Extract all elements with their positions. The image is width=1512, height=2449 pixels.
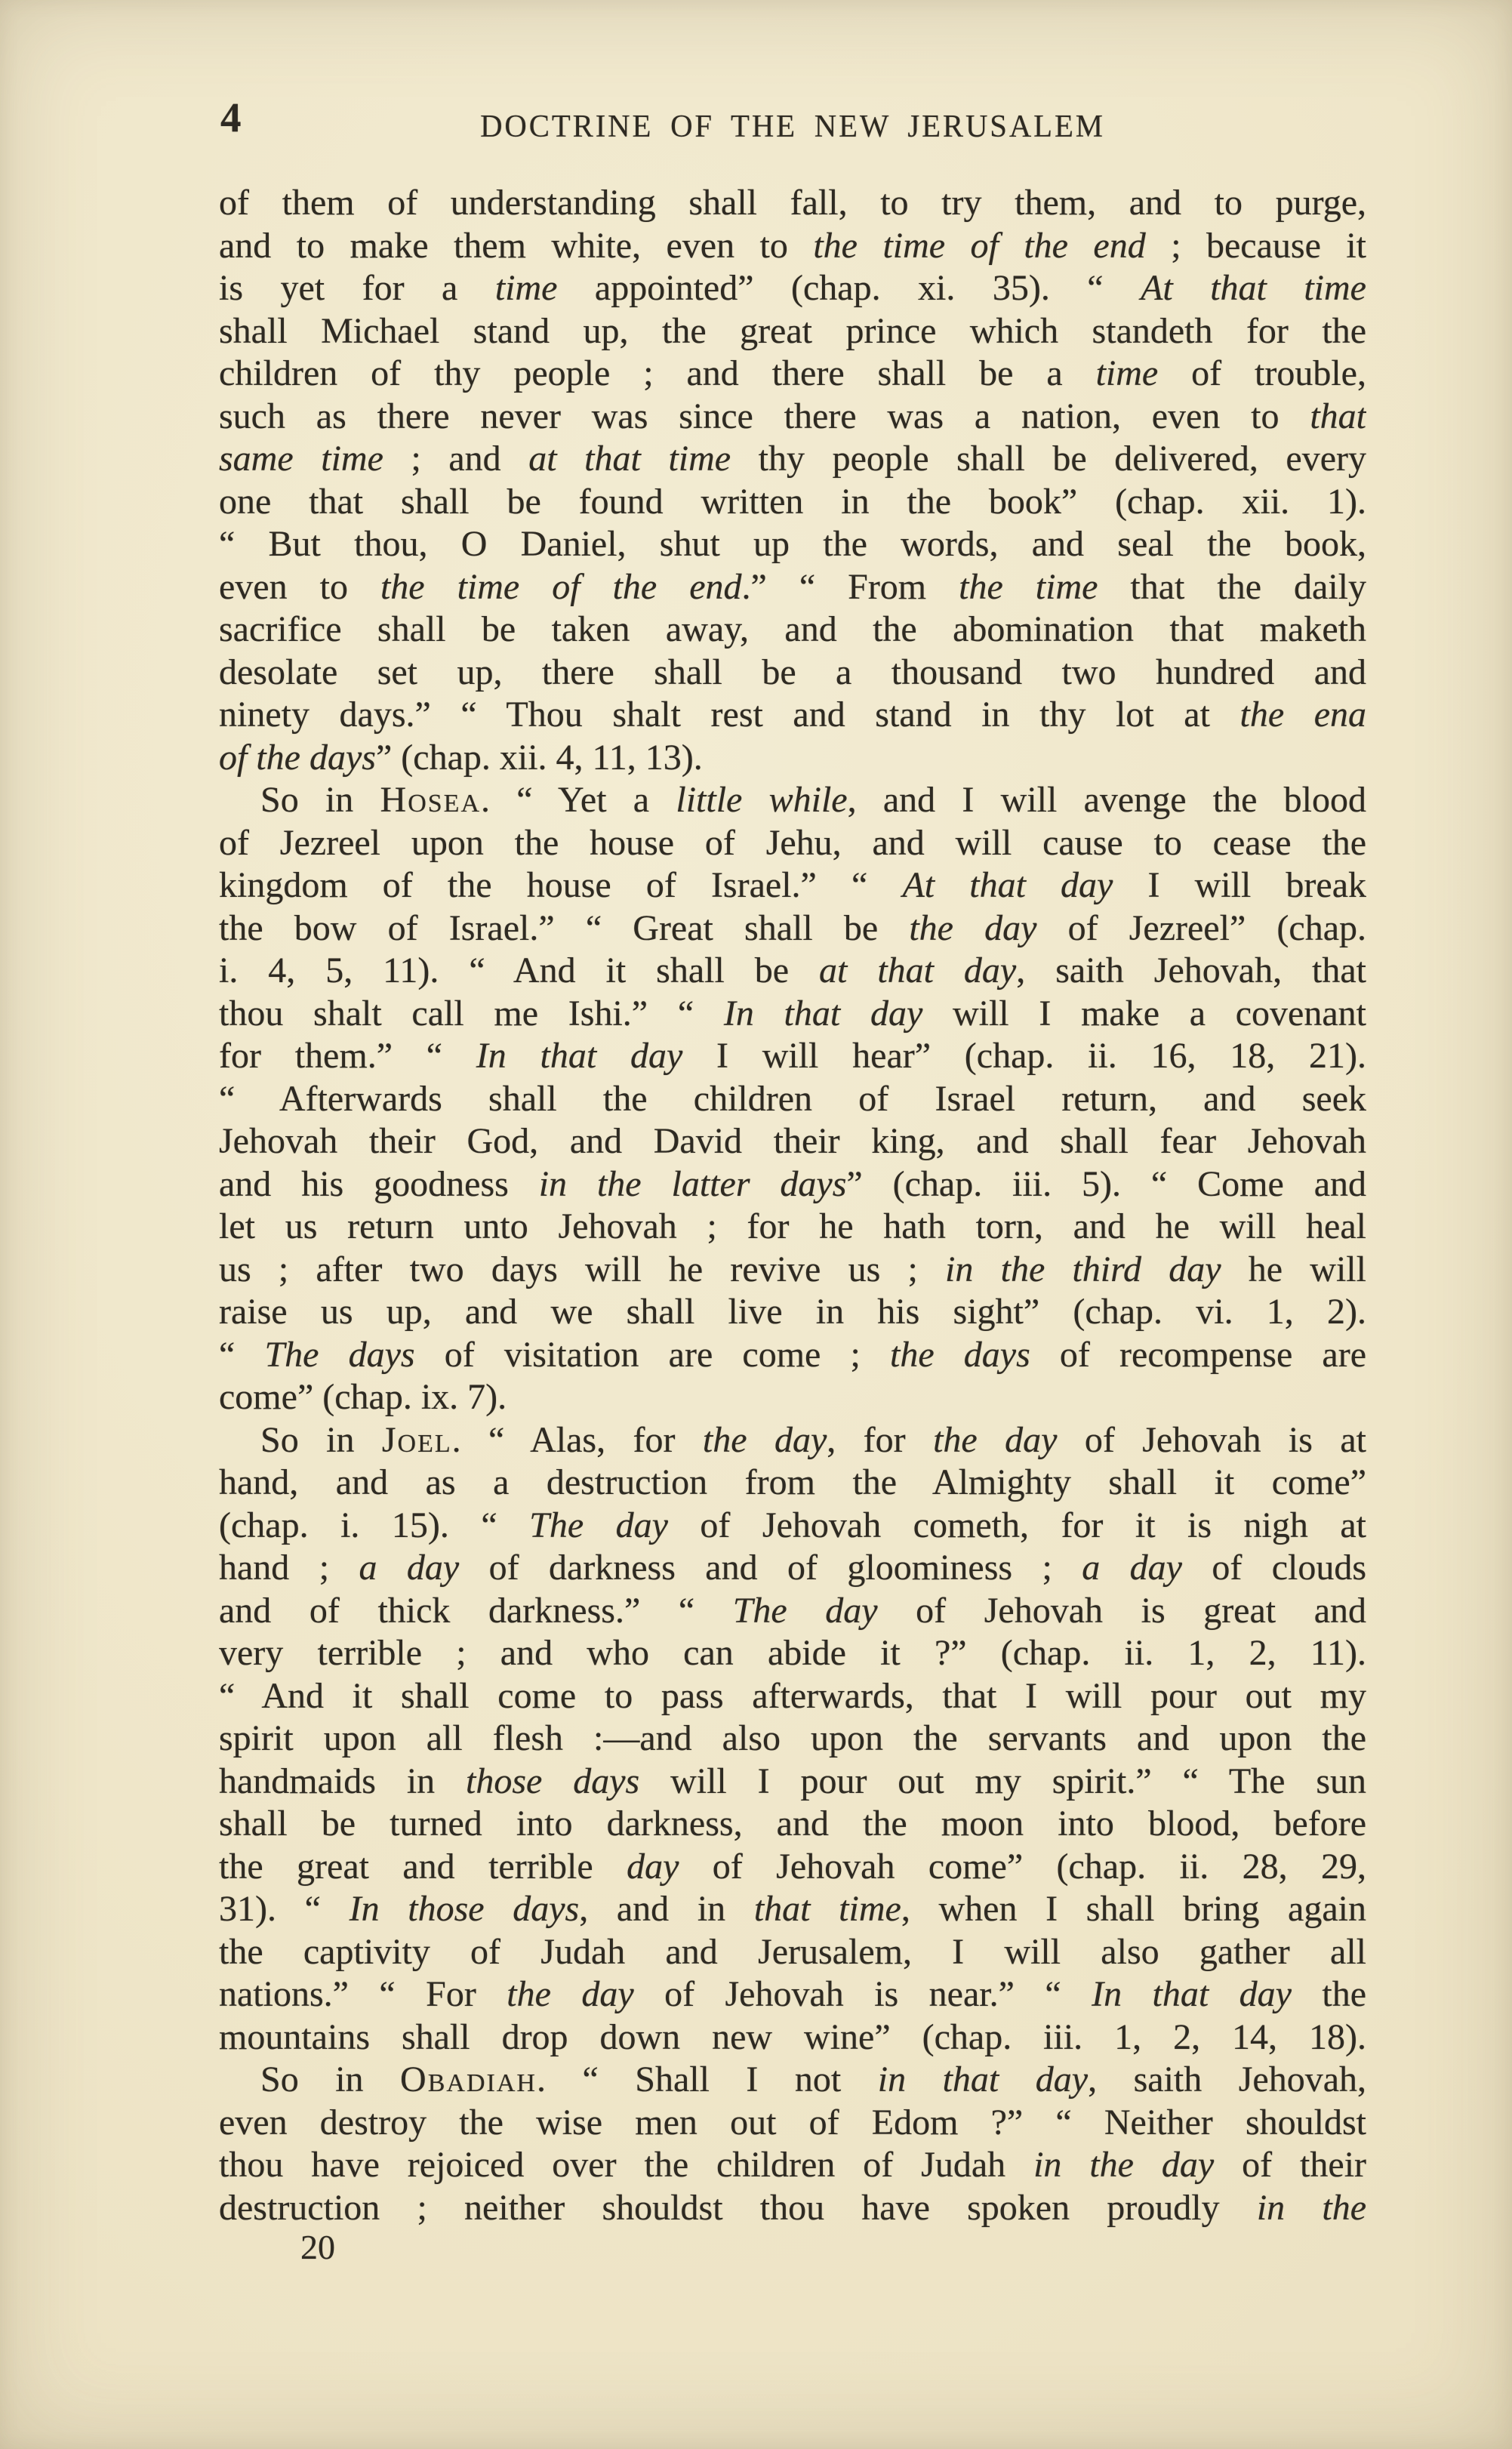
- text-line: and to make them white, even to the time…: [219, 225, 1366, 268]
- text-segment: , and in: [579, 1889, 754, 1929]
- text-segment: little while: [676, 780, 847, 820]
- text-line: shall be turned into darkness, and the m…: [219, 1803, 1366, 1846]
- text-segment: very terrible ; and who can abide it ?” …: [219, 1633, 1366, 1673]
- text-segment: of Jehovah cometh, for it is nigh at: [668, 1505, 1366, 1545]
- text-line: handmaids in those days will I pour out …: [219, 1761, 1366, 1804]
- text-segment: , and I will avenge the blood: [848, 780, 1366, 820]
- text-segment: , for: [827, 1420, 933, 1460]
- text-line: spirit upon all flesh :—and also upon th…: [219, 1717, 1366, 1761]
- text-segment: At that time: [1141, 268, 1366, 308]
- text-segment: of darkness and of gloominess ;: [459, 1548, 1082, 1588]
- text-segment: in the latter days: [539, 1164, 847, 1204]
- text-line: Jehovah their God, and David their king,…: [219, 1120, 1366, 1163]
- text-segment: kingdom of the house of Israel.” “: [219, 865, 902, 905]
- signature-mark: 20: [300, 2226, 335, 2268]
- text-segment: the time of the end: [380, 567, 742, 607]
- text-segment: 31). “: [219, 1889, 350, 1929]
- text-segment: Jehovah their God, and David their king,…: [219, 1121, 1366, 1161]
- text-line: very terrible ; and who can abide it ?” …: [219, 1632, 1366, 1675]
- text-segment: and to make them white, even to: [219, 226, 813, 266]
- text-segment: a day: [359, 1548, 459, 1588]
- text-segment: the captivity of Judah and Jerusalem, I …: [219, 1932, 1366, 1972]
- text-segment: at that time: [528, 439, 731, 479]
- book-page: 4 DOCTRINE OF THE NEW JERUSALEM of them …: [0, 0, 1512, 2449]
- text-segment: of recompense are: [1030, 1335, 1366, 1375]
- text-segment: Hosea: [380, 780, 481, 820]
- text-segment: and of thick darkness.” “: [219, 1591, 733, 1631]
- text-line: thou have rejoiced over the children of …: [219, 2144, 1366, 2187]
- text-segment: in the third day: [945, 1249, 1221, 1289]
- text-segment: In that day: [476, 1036, 682, 1076]
- text-segment: in the day: [1033, 2145, 1214, 2185]
- text-line: same time ; and at that time thy people …: [219, 438, 1366, 481]
- text-segment: The day: [733, 1591, 878, 1631]
- text-segment: thou have rejoiced over the children of …: [219, 2145, 1033, 2185]
- text-line: thou shalt call me Ishi.” “ In that day …: [219, 993, 1366, 1036]
- text-segment: . “ Shall I not: [537, 2059, 878, 2099]
- text-segment: destruction ; neither shouldst thou have…: [219, 2188, 1257, 2228]
- text-segment: I will hear” (chap. ii. 16, 18, 21).: [682, 1036, 1366, 1076]
- text-segment: spirit upon all flesh :—and also upon th…: [219, 1718, 1366, 1758]
- text-segment: of Jezreel upon the house of Jehu, and w…: [219, 823, 1366, 863]
- text-segment: the ena: [1239, 695, 1366, 735]
- text-line: “ But thou, O Daniel, shut up the words,…: [219, 523, 1366, 566]
- text-segment: of Jehovah is at: [1057, 1420, 1366, 1460]
- text-segment: So in: [260, 780, 380, 820]
- text-line: come” (chap. ix. 7).: [219, 1376, 1366, 1419]
- text-line: So in Obadiah. “ Shall I not in that day…: [219, 2059, 1366, 2102]
- text-segment: Joel: [382, 1420, 452, 1460]
- text-segment: the great and terrible: [219, 1847, 627, 1887]
- text-segment: of the days: [219, 738, 376, 778]
- text-segment: shall be turned into darkness, and the m…: [219, 1804, 1366, 1844]
- text-segment: us ; after two days will he revive us ;: [219, 1249, 945, 1289]
- text-segment: So in: [260, 1420, 382, 1460]
- text-line: sacrifice shall be taken away, and the a…: [219, 608, 1366, 652]
- text-segment: Obadiah: [400, 2059, 537, 2099]
- text-segment: At that day: [902, 865, 1113, 905]
- text-line: and of thick darkness.” “ The day of Jeh…: [219, 1590, 1366, 1633]
- text-line: “ The days of visitation are come ; the …: [219, 1334, 1366, 1377]
- text-segment: thou shalt call me Ishi.” “: [219, 993, 724, 1034]
- text-line: of the days” (chap. xii. 4, 11, 13).: [219, 737, 1366, 780]
- text-segment: of them of understanding shall fall, to …: [219, 183, 1366, 223]
- text-segment: that the daily: [1098, 567, 1366, 607]
- text-segment: time: [495, 268, 558, 308]
- text-segment: ” (chap. iii. 5). “ Come and: [846, 1164, 1366, 1204]
- text-segment: the bow of Israel.” “ Great shall be: [219, 908, 909, 948]
- text-line: us ; after two days will he revive us ; …: [219, 1249, 1366, 1292]
- text-segment: that time: [754, 1889, 901, 1929]
- text-segment: I will break: [1113, 865, 1366, 905]
- text-segment: (chap. i. 15). “: [219, 1505, 529, 1545]
- text-segment: The days: [264, 1335, 414, 1375]
- text-segment: one that shall be found written in the b…: [219, 482, 1366, 522]
- text-segment: that: [1310, 396, 1366, 436]
- text-segment: will I pour out my spirit.” “ The sun: [639, 1761, 1366, 1801]
- text-line: such as there never was since there was …: [219, 396, 1366, 439]
- text-segment: In those days: [350, 1889, 580, 1929]
- text-segment: day: [627, 1847, 679, 1887]
- text-segment: “ Afterwards shall the children of Israe…: [219, 1079, 1366, 1119]
- text-line: children of thy people ; and there shall…: [219, 353, 1366, 396]
- running-header-title: DOCTRINE OF THE NEW JERUSALEM: [236, 111, 1349, 143]
- text-segment: for them.” “: [219, 1036, 476, 1076]
- text-line: 31). “ In those days, and in that time, …: [219, 1888, 1366, 1931]
- text-segment: , saith Jehovah,: [1088, 2059, 1366, 2099]
- text-segment: those days: [466, 1761, 639, 1801]
- text-segment: The day: [529, 1505, 668, 1545]
- text-line: for them.” “ In that day I will hear” (c…: [219, 1035, 1366, 1078]
- text-segment: even to: [219, 567, 380, 607]
- text-segment: and his goodness: [219, 1164, 539, 1204]
- text-segment: thy people shall be delivered, every: [731, 439, 1366, 479]
- text-segment: children of thy people ; and there shall…: [219, 353, 1096, 393]
- text-line: i. 4, 5, 11). “ And it shall be at that …: [219, 950, 1366, 993]
- text-line: let us return unto Jehovah ; for he hath…: [219, 1206, 1366, 1249]
- text-segment: “ And it shall come to pass afterwards, …: [219, 1676, 1366, 1716]
- text-segment: “ But thou, O Daniel, shut up the words,…: [219, 524, 1366, 564]
- text-segment: ” (chap. xii. 4, 11, 13).: [376, 738, 703, 778]
- text-segment: the: [1292, 1974, 1366, 2014]
- text-segment: mountains shall drop down new wine” (cha…: [219, 2017, 1366, 2057]
- text-line: ninety days.” “ Thou shalt rest and stan…: [219, 694, 1366, 737]
- text-segment: ninety days.” “ Thou shalt rest and stan…: [219, 695, 1239, 735]
- text-segment: is yet for a: [219, 268, 495, 308]
- text-segment: sacrifice shall be taken away, and the a…: [219, 609, 1366, 649]
- text-line: kingdom of the house of Israel.” “ At th…: [219, 864, 1366, 907]
- text-segment: ; because it: [1146, 226, 1366, 266]
- text-segment: , when I shall bring again: [901, 1889, 1366, 1929]
- text-segment: he will: [1221, 1249, 1366, 1289]
- text-segment: of clouds: [1182, 1548, 1366, 1588]
- text-line: even to the time of the end.” “ From the…: [219, 566, 1366, 609]
- text-segment: let us return unto Jehovah ; for he hath…: [219, 1206, 1366, 1246]
- text-segment: . “ Alas, for: [452, 1420, 703, 1460]
- text-segment: appointed” (chap. xi. 35). “: [557, 268, 1141, 308]
- text-segment: of visitation are come ;: [415, 1335, 890, 1375]
- text-segment: , saith Jehovah, that: [1016, 950, 1366, 990]
- text-segment: a day: [1082, 1548, 1182, 1588]
- text-segment: of trouble,: [1158, 353, 1366, 393]
- text-segment: will I make a covenant: [922, 993, 1366, 1034]
- text-segment: of their: [1214, 2145, 1366, 2185]
- text-line: shall Michael stand up, the great prince…: [219, 310, 1366, 353]
- text-segment: “: [219, 1335, 264, 1375]
- text-segment: of Jehovah is near.” “: [634, 1974, 1092, 2014]
- text-line: the great and terrible day of Jehovah co…: [219, 1846, 1366, 1889]
- text-line: “ And it shall come to pass afterwards, …: [219, 1675, 1366, 1718]
- text-segment: handmaids in: [219, 1761, 466, 1801]
- text-line: raise us up, and we shall live in his si…: [219, 1291, 1366, 1334]
- text-segment: the days: [890, 1335, 1030, 1375]
- text-line: nations.” “ For the day of Jehovah is ne…: [219, 1973, 1366, 2016]
- text-segment: the time: [959, 567, 1098, 607]
- text-segment: So in: [260, 2059, 400, 2099]
- text-segment: In that day: [724, 993, 922, 1034]
- text-segment: the day: [703, 1420, 827, 1460]
- text-line: destruction ; neither shouldst thou have…: [219, 2187, 1366, 2230]
- text-line: of Jezreel upon the house of Jehu, and w…: [219, 822, 1366, 865]
- text-line: hand, and as a destruction from the Almi…: [219, 1462, 1366, 1505]
- text-line: one that shall be found written in the b…: [219, 481, 1366, 524]
- text-line: and his goodness in the latter days” (ch…: [219, 1163, 1366, 1206]
- text-segment: raise us up, and we shall live in his si…: [219, 1292, 1366, 1332]
- text-segment: such as there never was since there was …: [219, 396, 1310, 436]
- text-segment: . “ Yet a: [481, 780, 676, 820]
- text-segment: even destroy the wise men out of Edom ?”…: [219, 2102, 1366, 2142]
- text-line: hand ; a day of darkness and of gloomine…: [219, 1547, 1366, 1590]
- text-line: the captivity of Judah and Jerusalem, I …: [219, 1931, 1366, 1974]
- text-segment: nations.” “ For: [219, 1974, 507, 2014]
- text-segment: the time of the end: [813, 226, 1145, 266]
- text-line: So in Hosea. “ Yet a little while, and I…: [219, 779, 1366, 822]
- text-segment: time: [1096, 353, 1159, 393]
- text-segment: shall Michael stand up, the great prince…: [219, 311, 1366, 351]
- text-segment: in the: [1257, 2188, 1366, 2228]
- text-segment: same time: [219, 439, 383, 479]
- text-segment: in that day: [878, 2059, 1088, 2099]
- text-segment: .” “ From: [742, 567, 959, 607]
- text-line: even destroy the wise men out of Edom ?”…: [219, 2102, 1366, 2145]
- text-segment: of Jehovah is great and: [878, 1591, 1366, 1631]
- text-line: of them of understanding shall fall, to …: [219, 182, 1366, 225]
- text-segment: come” (chap. ix. 7).: [219, 1377, 507, 1417]
- text-line: “ Afterwards shall the children of Israe…: [219, 1078, 1366, 1121]
- text-segment: i. 4, 5, 11). “ And it shall be: [219, 950, 819, 990]
- text-segment: hand ;: [219, 1548, 359, 1588]
- text-segment: the day: [933, 1420, 1057, 1460]
- text-line: (chap. i. 15). “ The day of Jehovah come…: [219, 1505, 1366, 1548]
- text-segment: In that day: [1092, 1974, 1292, 2014]
- text-segment: desolate set up, there shall be a thousa…: [219, 652, 1366, 692]
- text-segment: ; and: [383, 439, 528, 479]
- text-segment: at that day: [819, 950, 1016, 990]
- text-line: So in Joel. “ Alas, for the day, for the…: [219, 1419, 1366, 1462]
- text-segment: the day: [507, 1974, 633, 2014]
- text-segment: of Jehovah come” (chap. ii. 28, 29,: [679, 1847, 1366, 1887]
- text-line: the bow of Israel.” “ Great shall be the…: [219, 907, 1366, 950]
- text-line: desolate set up, there shall be a thousa…: [219, 652, 1366, 695]
- text-segment: the day: [909, 908, 1036, 948]
- text-line: is yet for a time appointed” (chap. xi. …: [219, 267, 1366, 310]
- text-segment: of Jezreel” (chap.: [1036, 908, 1366, 948]
- text-segment: hand, and as a destruction from the Almi…: [219, 1462, 1366, 1502]
- body-text: of them of understanding shall fall, to …: [219, 182, 1366, 2229]
- text-line: mountains shall drop down new wine” (cha…: [219, 2016, 1366, 2059]
